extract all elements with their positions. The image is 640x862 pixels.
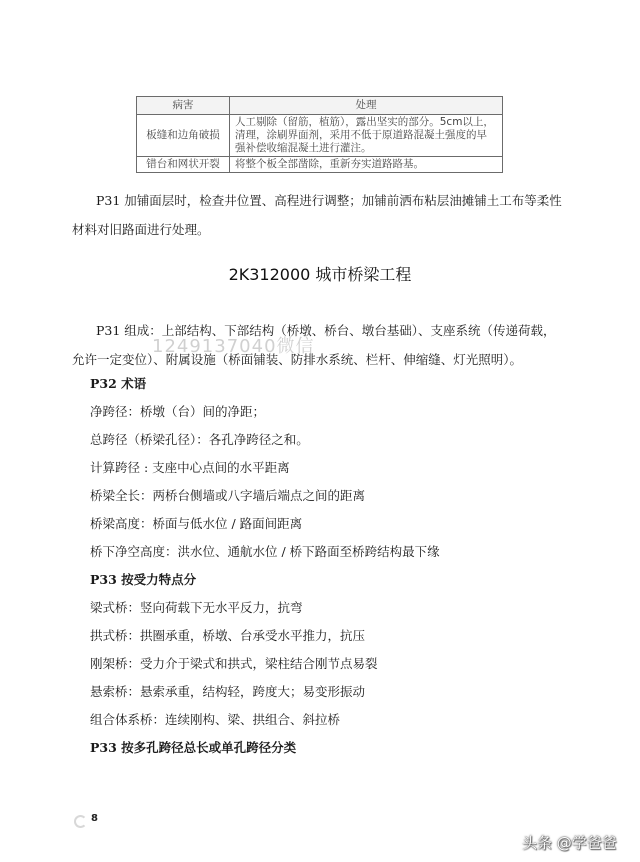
table-cell-treatment: 人工剔除（留筋，植筋），露出坚实的部分。5cm以上，清理，涂刷界面剂，采用不低于… <box>230 115 503 157</box>
table-header-issue: 病害 <box>137 97 230 115</box>
table-cell-issue: 板缝和边角破损 <box>137 115 230 157</box>
brand-watermark: 头条 @学爸爸 <box>522 832 617 853</box>
table-header-row: 病害 处理 <box>137 97 503 115</box>
bridge-type-line: 拱式桥：拱圈承重，桥墩、台承受水平推力，抗压 <box>90 626 365 644</box>
table-header-treatment: 处理 <box>230 97 503 115</box>
defect-treatment-table: 病害 处理 板缝和边角破损 人工剔除（留筋，植筋），露出坚实的部分。5cm以上，… <box>136 96 503 173</box>
table-cell-issue: 错台和网状开裂 <box>137 157 230 173</box>
table-row: 板缝和边角破损 人工剔除（留筋，植筋），露出坚实的部分。5cm以上，清理，涂刷界… <box>137 115 503 157</box>
subheading-p33-span: P33 按多孔跨径总长或单孔跨径分类 <box>90 738 296 756</box>
subheading-p32: P32 术语 <box>90 374 146 392</box>
term-line: 桥梁高度：桥面与低水位 / 路面间距离 <box>90 514 302 532</box>
watermark-text: 1249137040微信 <box>152 332 315 358</box>
term-line: 桥下净空高度：洪水位、通航水位 / 桥下路面至桥跨结构最下缘 <box>90 542 440 560</box>
table-row: 错台和网状开裂 将整个板全部凿除，重新夯实道路路基。 <box>137 157 503 173</box>
term-line: 总跨径（桥梁孔径）：各孔净跨径之和。 <box>90 430 309 448</box>
bridge-type-line: 刚架桥：受力介于梁式和拱式，梁柱结合刚节点易裂 <box>90 654 378 672</box>
page-marker-icon <box>74 815 87 828</box>
bridge-type-line: 悬索桥：悬索承重，结构轻，跨度大；易变形振动 <box>90 682 365 700</box>
subheading-p33-force: P33 按受力特点分 <box>90 570 196 588</box>
document-page: 病害 处理 板缝和边角破损 人工剔除（留筋，植筋），露出坚实的部分。5cm以上，… <box>0 0 640 862</box>
table-cell-treatment: 将整个板全部凿除，重新夯实道路路基。 <box>230 157 503 173</box>
term-line: 净跨径：桥墩（台）间的净距； <box>90 402 265 420</box>
term-line: 计算跨径 : 支座中心点间的水平距离 <box>90 458 290 476</box>
paragraph-p31-overlay: P31 加铺面层时，检查井位置、高程进行调整；加铺前洒布粘层油摊铺土工布等柔性材… <box>72 186 564 244</box>
section-heading: 2K312000 城市桥梁工程 <box>0 262 640 285</box>
bridge-type-line: 组合体系桥：连续刚构、梁、拱组合、斜拉桥 <box>90 710 340 728</box>
term-line: 桥梁全长：两桥台侧墙或八字墙后端点之间的距离 <box>90 486 365 504</box>
paragraph-p31-composition: P31 组成：上部结构、下部结构（桥墩、桥台、墩台基础）、支座系统（传递荷载，允… <box>72 316 564 374</box>
bridge-type-line: 梁式桥：竖向荷载下无水平反力，抗弯 <box>90 598 303 616</box>
page-number: 8 <box>91 813 98 824</box>
